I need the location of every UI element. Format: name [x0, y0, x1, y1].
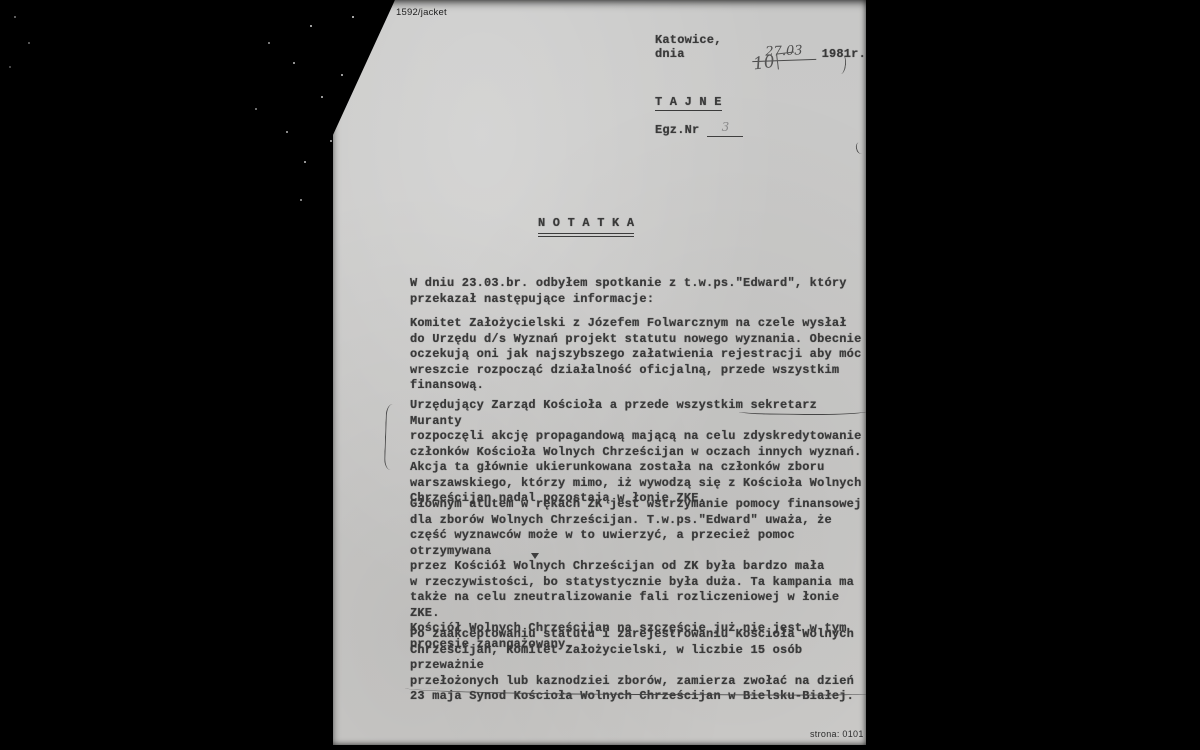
- scan-dust-speckles: [0, 0, 2, 2]
- archival-scan-viewer: 1592/jacket Katowice, dnia 27.03 1981r. …: [0, 0, 1200, 750]
- jacket-reference-label: 1592/jacket: [396, 7, 447, 18]
- document-title: N O T A T K A: [538, 216, 634, 237]
- copy-number-line: Egz.Nr 3: [655, 118, 743, 137]
- paragraph-statut: Komitet Założycielski z Józefem Folwarcz…: [410, 316, 872, 394]
- margin-number-text: 10: [752, 52, 776, 74]
- copy-label: Egz.Nr: [655, 123, 699, 137]
- pen-tick-mark: [838, 55, 847, 75]
- edge-pen-curl: [855, 141, 867, 155]
- handwritten-margin-number: 10: [752, 50, 796, 75]
- paragraph-intro: W dniu 23.03.br. odbyłem spotkanie z t.w…: [410, 276, 872, 307]
- pen-stroke-mark: [776, 52, 796, 70]
- copy-number-blank: 3: [707, 118, 743, 137]
- handwritten-copy-number: 3: [722, 120, 730, 134]
- page-number-label: strona: 0101: [810, 729, 864, 739]
- pen-margin-bracket: [384, 404, 398, 470]
- pen-caret-mark: [531, 553, 539, 559]
- classification-stamp: T A J N E: [655, 95, 722, 111]
- dateline-city: Katowice, dnia: [655, 33, 746, 61]
- document-page: 1592/jacket Katowice, dnia 27.03 1981r. …: [333, 0, 866, 745]
